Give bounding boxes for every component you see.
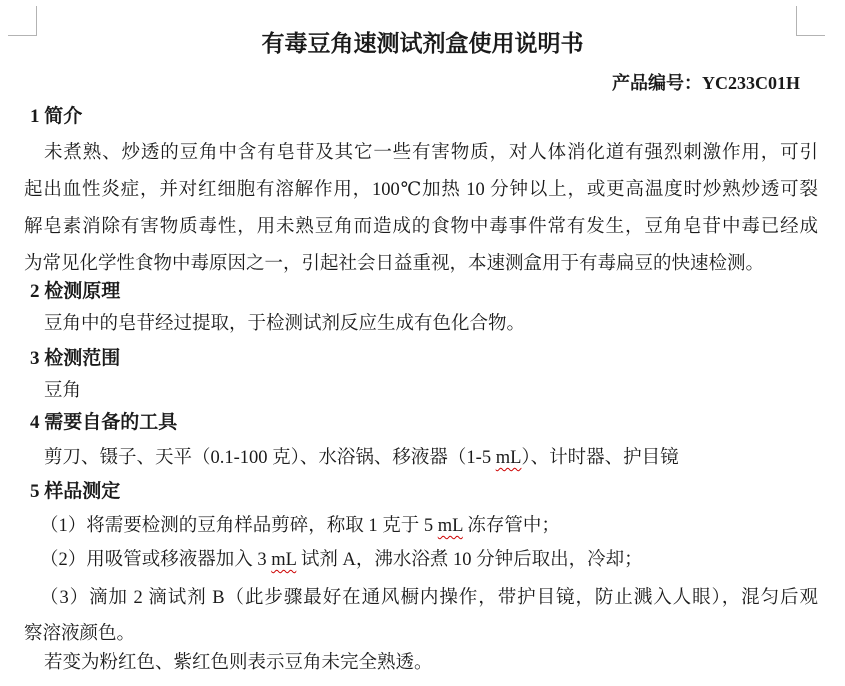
step-1-pre: （1）将需要检测的豆角样品剪碎，称取 1 克于 5 [40, 516, 438, 536]
procedure-step-2: （2）用吸管或移液器加入 3 mL 试剂 A，沸水浴煮 10 分钟后取出，冷却； [24, 548, 818, 572]
intro-line: 为常见化学性食物中毒原因之一，引起社会日益重视，本速测盒用于有毒扁豆的快速检测。 [24, 246, 818, 283]
section-range-heading: 3 检测范围 [24, 347, 824, 371]
section-principle-heading: 2 检测原理 [24, 280, 824, 304]
page-title: 有毒豆角速测试剂盒使用说明书 [0, 31, 845, 57]
intro-line: 起出血性炎症，并对红细胞有溶解作用，100℃加热 10 分钟以上，或更高温度时炒… [24, 172, 818, 209]
misspelled-unit: mL [438, 516, 463, 536]
intro-line: 未煮熟、炒透的豆角中含有皂苷及其它一些有害物质，对人体消化道有强烈刺激作用，可引 [24, 135, 818, 172]
step-3-line: （3）滴加 2 滴试剂 B（此步骤最好在通风橱内操作，带护目镜，防止溅入人眼），… [24, 580, 818, 616]
step-2-pre: （2）用吸管或移液器加入 3 [40, 550, 271, 570]
intro-line: 解皂素消除有害物质毒性，用未熟豆角而造成的食物中毒事件常有发生，豆角皂苷中毒已经… [24, 209, 818, 246]
intro-paragraph: 未煮熟、炒透的豆角中含有皂苷及其它一些有害物质，对人体消化道有强烈刺激作用，可引… [24, 135, 818, 283]
section-intro-heading: 1 简介 [24, 105, 824, 129]
section-tools-heading: 4 需要自备的工具 [24, 411, 824, 435]
tools-text-pre: 剪刀、镊子、天平（0.1-100 克）、水浴锅、移液器（1-5 [44, 448, 496, 468]
misspelled-unit: mL [271, 550, 296, 570]
step-3-line: 察溶液颜色。 [24, 616, 818, 652]
procedure-step-3: （3）滴加 2 滴试剂 B（此步骤最好在通风橱内操作，带护目镜，防止溅入人眼），… [24, 580, 818, 652]
misspelled-unit: mL [496, 448, 522, 468]
tools-text: 剪刀、镊子、天平（0.1-100 克）、水浴锅、移液器（1-5 mL）、计时器、… [24, 446, 818, 470]
product-code: 产品编号：YC233C01H [612, 71, 800, 95]
step-1-post: 冻存管中； [463, 516, 560, 536]
range-text: 豆角 [24, 379, 818, 403]
result-note: 若变为粉红色、紫红色则表示豆角未完全熟透。 [24, 651, 818, 675]
principle-text: 豆角中的皂苷经过提取，于检测试剂反应生成有色化合物。 [24, 312, 818, 336]
section-procedure-heading: 5 样品测定 [24, 480, 824, 504]
procedure-step-1: （1）将需要检测的豆角样品剪碎，称取 1 克于 5 mL 冻存管中； [24, 514, 818, 538]
tools-text-post: ）、计时器、护目镜 [521, 448, 678, 468]
step-2-post: 试剂 A，沸水浴煮 10 分钟后取出，冷却； [296, 550, 642, 570]
